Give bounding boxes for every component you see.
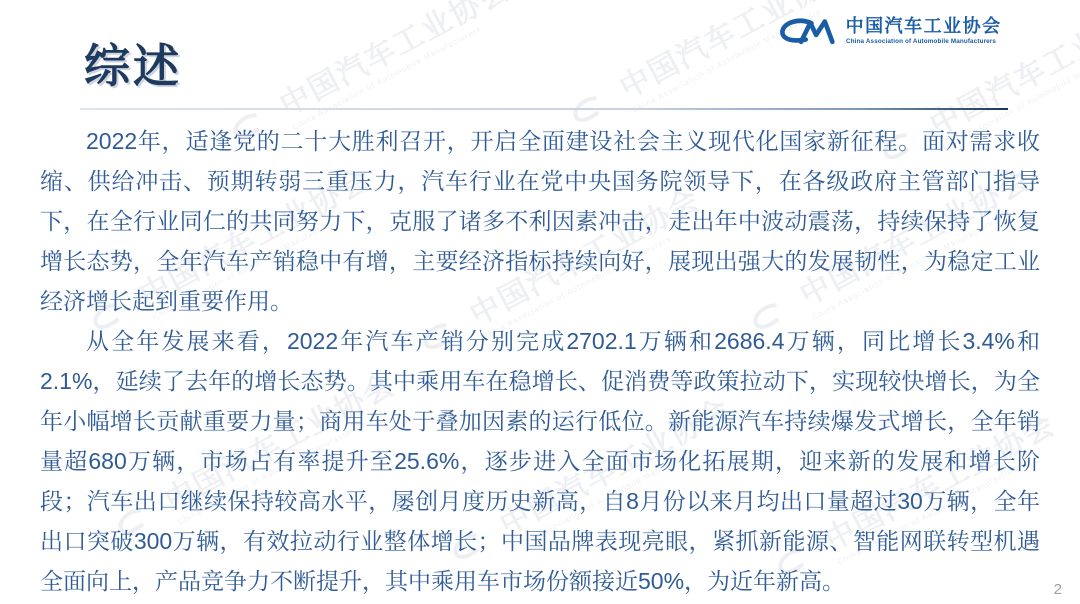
paragraph-2: 从全年发展来看，2022年汽车产销分别完成2702.1万辆和2686.4万辆，同… bbox=[40, 321, 1040, 601]
page-title: 综述 bbox=[84, 30, 182, 96]
slide: 中国汽车工业协会 China Association of Automobile… bbox=[0, 0, 1080, 604]
title-underline bbox=[80, 108, 1008, 110]
caam-logo: 中国汽车工业协会 China Association of Automobile… bbox=[779, 16, 1060, 47]
watermark-text: 中国汽车工业协会 bbox=[270, 0, 517, 124]
logo-name-en: China Association of Automobile Manufact… bbox=[846, 38, 1059, 44]
watermark-subtext: China Association of Automobile Manufact… bbox=[291, 4, 521, 132]
paragraph-1: 2022年，适逢党的二十大胜利召开，开启全面建设社会主义现代化国家新征程。面对需… bbox=[40, 121, 1040, 321]
slide-body: 2022年，适逢党的二十大胜利召开，开启全面建设社会主义现代化国家新征程。面对需… bbox=[40, 121, 1040, 601]
page-number: 2 bbox=[1054, 581, 1062, 598]
logo-name-cn: 中国汽车工业协会 bbox=[846, 16, 1060, 36]
caam-logo-text: 中国汽车工业协会 China Association of Automobile… bbox=[846, 16, 1060, 47]
caam-logo-mark-icon bbox=[779, 18, 837, 46]
